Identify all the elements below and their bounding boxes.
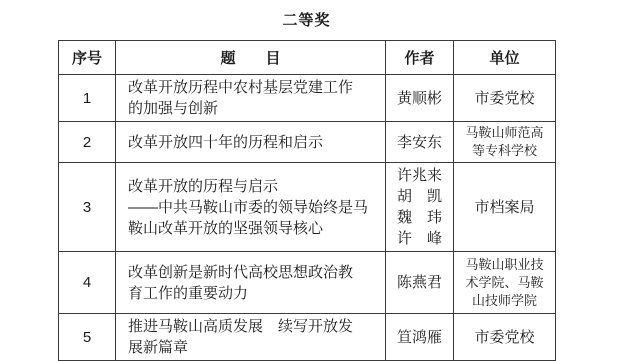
row-number-cell: 4 xyxy=(59,252,116,314)
unit-cell: 市档案局 xyxy=(454,163,556,252)
award-table: 序号 题 目 作者 单位 1 改革开放历程中农村基层党建工作 的加强与创新 黄顺… xyxy=(58,40,556,361)
table-row: 5 推进马鞍山高质发展 续写开放发 展新篇章 笪鸿雁 市委党校 xyxy=(59,314,556,361)
table-row: 4 改革创新是新时代高校思想政治教 育工作的重要动力 陈燕君 马鞍山职业技 术学… xyxy=(59,252,556,314)
unit-cell: 市委党校 xyxy=(454,314,556,361)
header-title: 题 目 xyxy=(116,41,386,75)
row-number-cell: 1 xyxy=(59,75,116,122)
unit-cell: 市委党校 xyxy=(454,75,556,122)
unit-cell: 马鞍山职业技 术学院、马鞍 山技师学院 xyxy=(454,252,556,314)
document-page: 二等奖 序号 题 目 作者 单位 1 改革开放历程中农村基层党建工作 的加强与创… xyxy=(0,0,620,361)
table-row: 1 改革开放历程中农村基层党建工作 的加强与创新 黄顺彬 市委党校 xyxy=(59,75,556,122)
page-title: 二等奖 xyxy=(58,9,555,30)
title-cell: 改革开放历程中农村基层党建工作 的加强与创新 xyxy=(116,75,386,122)
author-cell: 黄顺彬 xyxy=(386,75,454,122)
header-no: 序号 xyxy=(59,41,116,75)
title-cell: 改革开放的历程与启示 ——中共马鞍山市委的领导始终是马 鞍山改革开放的坚强领导核… xyxy=(116,163,386,252)
author-cell: 陈燕君 xyxy=(386,252,454,314)
table-row: 3 改革开放的历程与启示 ——中共马鞍山市委的领导始终是马 鞍山改革开放的坚强领… xyxy=(59,163,556,252)
author-cell: 李安东 xyxy=(386,122,454,163)
header-unit: 单位 xyxy=(454,41,556,75)
row-number-cell: 2 xyxy=(59,122,116,163)
row-number-cell: 5 xyxy=(59,314,116,361)
title-cell: 改革开放四十年的历程和启示 xyxy=(116,122,386,163)
unit-cell: 马鞍山师范高 等专科学校 xyxy=(454,122,556,163)
row-number-cell: 3 xyxy=(59,163,116,252)
title-cell: 改革创新是新时代高校思想政治教 育工作的重要动力 xyxy=(116,252,386,314)
author-cell: 许兆来 胡 凯 魏 玮 许 峰 xyxy=(386,163,454,252)
author-cell: 笪鸿雁 xyxy=(386,314,454,361)
title-cell: 推进马鞍山高质发展 续写开放发 展新篇章 xyxy=(116,314,386,361)
table-row: 2 改革开放四十年的历程和启示 李安东 马鞍山师范高 等专科学校 xyxy=(59,122,556,163)
table-header-row: 序号 题 目 作者 单位 xyxy=(59,41,556,75)
header-author: 作者 xyxy=(386,41,454,75)
